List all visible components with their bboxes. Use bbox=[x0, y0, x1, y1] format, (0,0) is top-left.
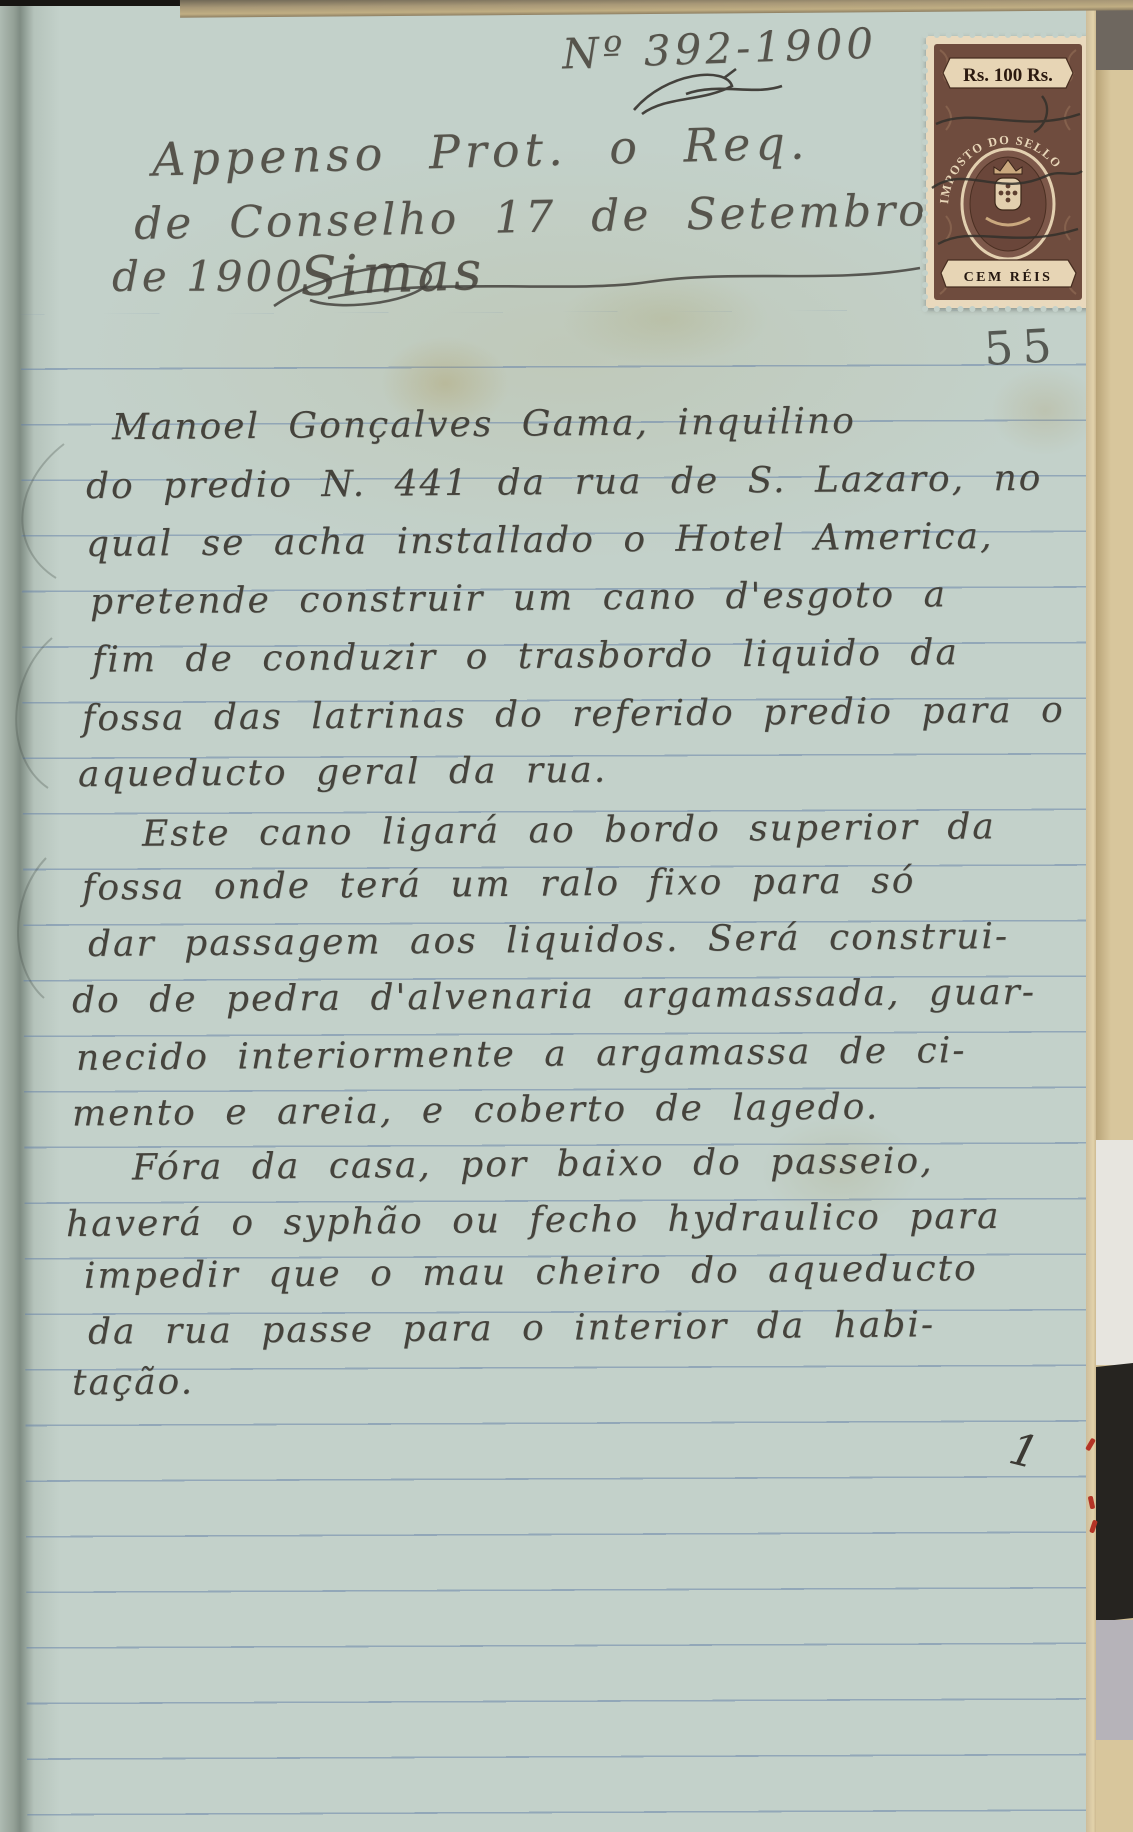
revenue-stamp: Rs. 100 Rs. IMPOSTO DO SELLO bbox=[926, 36, 1090, 308]
handwritten-line: haverá o syphão ou fecho hydraulico para bbox=[66, 1196, 1001, 1245]
edge-dark-gap bbox=[1096, 1363, 1133, 1622]
handwritten-line: Este cano ligará ao bordo superior da bbox=[142, 806, 996, 854]
stamp-value-bottom: CEM RÉIS bbox=[964, 268, 1053, 285]
note-line: de Conselho 17 de Setembro bbox=[134, 185, 928, 250]
handwritten-line: Fóra da casa, por baixo do passeio, bbox=[132, 1141, 934, 1189]
edge-cream bbox=[1096, 70, 1133, 1140]
note-line: Appenso Prot. o Req. bbox=[151, 115, 810, 186]
notebook-page: Nº 392-1900 Appenso Prot. o Req. de Cons… bbox=[0, 6, 1100, 1832]
stamp-value-top: Rs. 100 Rs. bbox=[963, 65, 1053, 86]
handwritten-line: mento e areia, e coberto de lagedo. bbox=[72, 1086, 880, 1134]
folio-number-stamp: 55 bbox=[983, 318, 1062, 376]
handwritten-line: pretende construir um cano d'esgoto a bbox=[90, 574, 947, 622]
scanned-document: Nº 392-1900 Appenso Prot. o Req. de Cons… bbox=[0, 0, 1133, 1832]
handwritten-line: impedir que o mau cheiro do aqueducto bbox=[84, 1248, 978, 1297]
handwritten-line: fim de conduzir o trasbordo liquido da bbox=[92, 632, 959, 681]
handwritten-line: tação. bbox=[72, 1361, 194, 1403]
handwritten-line: do de pedra d'alvenaria argamassada, gua… bbox=[72, 972, 1036, 1021]
handwritten-line: Manoel Gonçalves Gama, inquilino bbox=[112, 401, 856, 448]
edge-cream-bottom bbox=[1096, 1740, 1133, 1832]
signature-flourish bbox=[268, 254, 928, 324]
handwritten-line: qual se acha installado o Hotel America, bbox=[86, 516, 994, 565]
bleed-through-strokes bbox=[0, 426, 80, 1086]
edge-gray-page bbox=[1096, 1620, 1133, 1740]
handwritten-line: dar passagem aos liquidos. Será construi… bbox=[88, 916, 1009, 965]
handwritten-line: fossa onde terá um ralo fixo para só bbox=[82, 860, 916, 908]
handwritten-line: da rua passe para o interior da habi- bbox=[88, 1304, 935, 1352]
page-edge-right bbox=[1096, 0, 1133, 1832]
handwritten-line: do predio N. 441 da rua de S. Lazaro, no bbox=[86, 458, 1043, 507]
edge-white-page bbox=[1096, 1140, 1133, 1365]
handwritten-line: aqueducto geral da rua. bbox=[78, 750, 608, 796]
handwritten-line: necido interiormente a argamassa de ci- bbox=[76, 1030, 967, 1079]
handwritten-line: fossa das latrinas do referido predio pa… bbox=[82, 690, 1065, 740]
